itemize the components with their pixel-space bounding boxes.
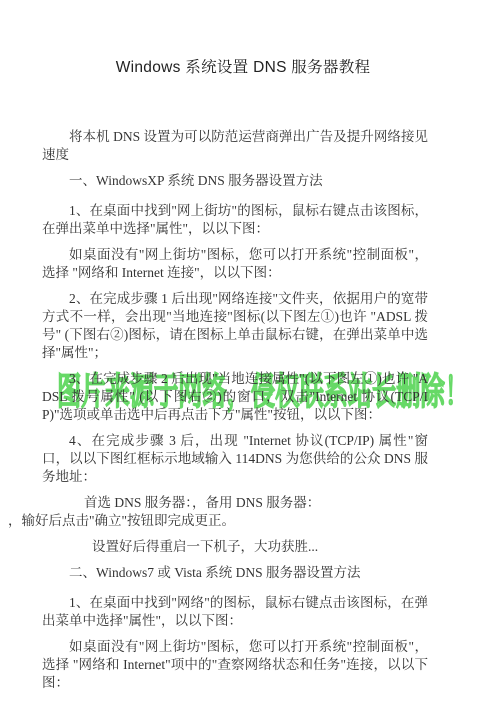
confirm-button-line: ，输好后点击"确立"按钮即完成更正。 bbox=[8, 512, 428, 530]
document-content: Windows 系统设置 DNS 服务器教程 将本机 DNS 设置为可以防范运营… bbox=[42, 0, 428, 700]
section1-step4-paragraph: 4、在完成步骤 3 后，出现 "Internet 协议(TCP/IP) 属性"窗… bbox=[42, 432, 428, 486]
section2-step1-paragraph: 1、在桌面中找到"网络"的图标，鼠标右键点击该图标，在弹出菜单中选择"属性"，以… bbox=[42, 594, 428, 630]
document-page: 图片来源于网络，侵权联系站长删除！ Windows 系统设置 DNS 服务器教程… bbox=[0, 0, 500, 708]
section1-step3-paragraph: 3、在完成步骤 2 后出现"当地连接属性"(以下图左①)也许 "ADSL 拨号属… bbox=[42, 370, 428, 424]
section2-heading: 二、Windows7 或 Vista 系统 DNS 服务器设置方法 bbox=[42, 564, 428, 582]
document-title: Windows 系统设置 DNS 服务器教程 bbox=[42, 58, 428, 78]
section1-step1-paragraph: 1、在桌面中找到"网上街坊"的图标，鼠标右键点击该图标，在弹出菜单中选择"属性"… bbox=[42, 202, 428, 238]
dns-servers-line: 首选 DNS 服务器：，备用 DNS 服务器： bbox=[42, 494, 428, 512]
intro-paragraph: 将本机 DNS 设置为可以防范运营商弹出广告及提升网络接见速度 bbox=[42, 128, 428, 164]
section1-heading: 一、WindowsXP 系统 DNS 服务器设置方法 bbox=[42, 172, 428, 190]
section1-note1-paragraph: 如桌面没有"网上街坊"图标，您可以打开系统"控制面板"，选择 "网络和 Inte… bbox=[42, 246, 428, 282]
restart-note-paragraph: 设置好后得重启一下机子，大功获胜... bbox=[42, 538, 428, 556]
section2-note1-paragraph: 如桌面没有"网上街坊"图标，您可以打开系统"控制面板"，选择 "网络和 Inte… bbox=[42, 638, 428, 692]
section1-step2-paragraph: 2、在完成步骤 1 后出现"网络连接"文件夹，依据用户的宽带方式不一样，会出现"… bbox=[42, 290, 428, 362]
